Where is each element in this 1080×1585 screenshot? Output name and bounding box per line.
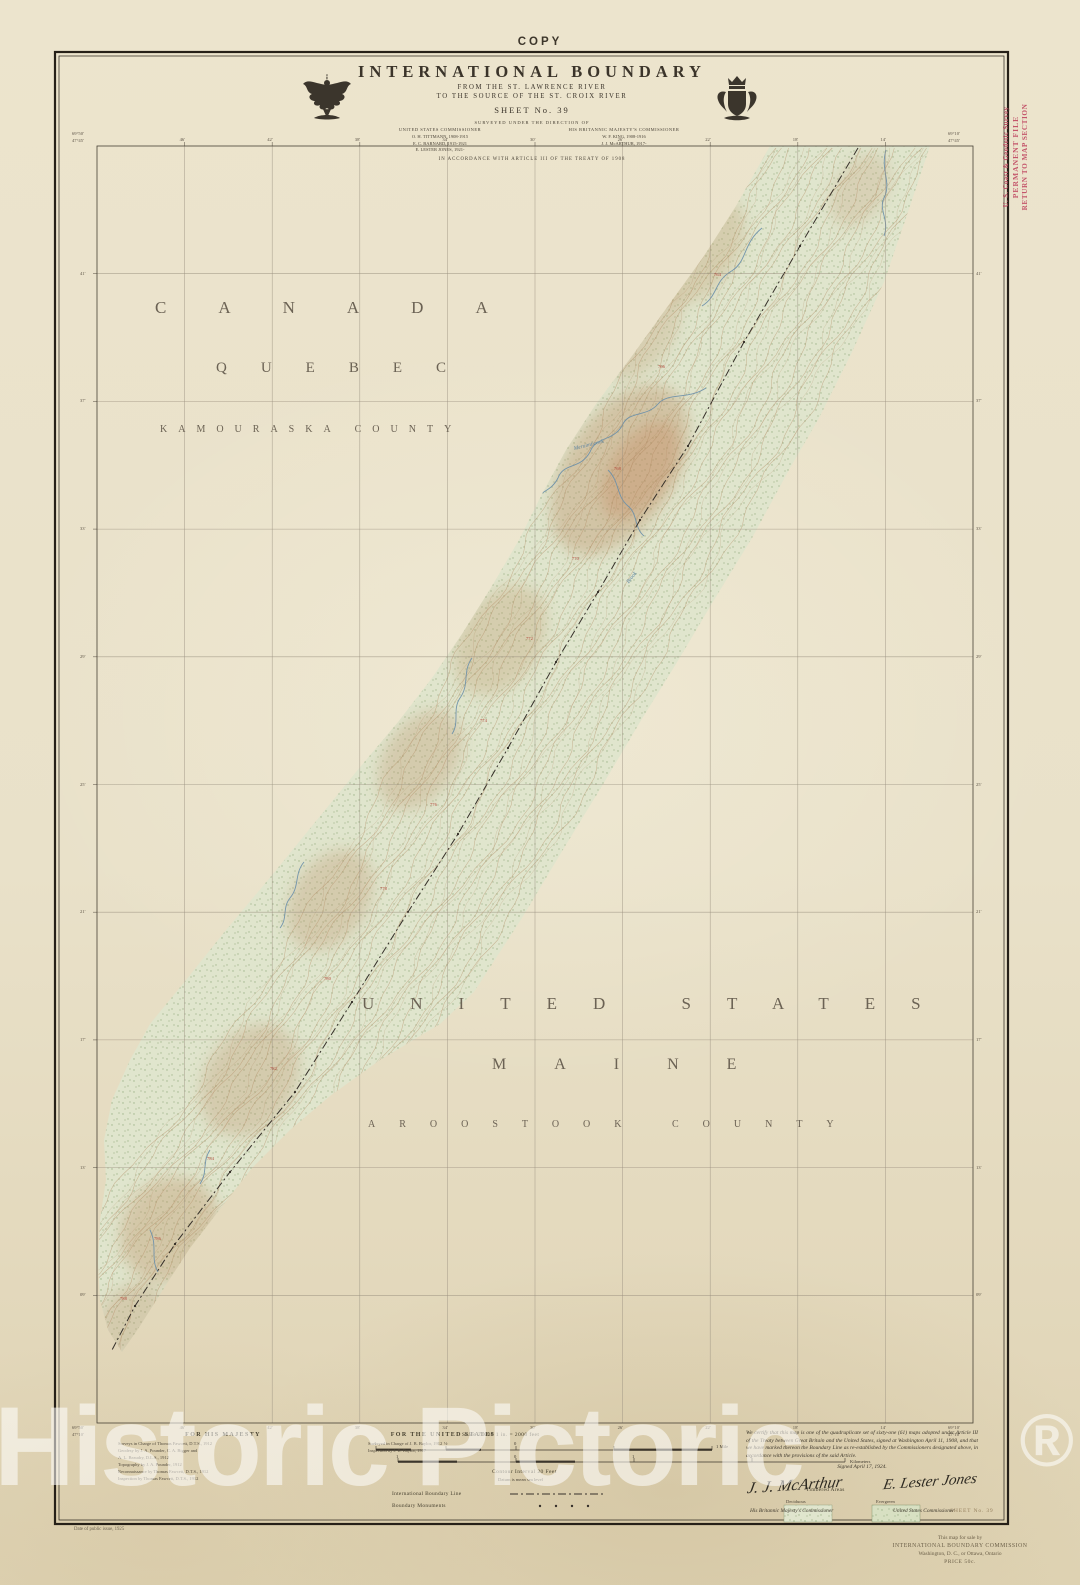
- map-label: 09': [80, 1292, 85, 1297]
- map-label: 17': [80, 1037, 85, 1042]
- map-label: 14': [880, 137, 885, 142]
- sale-line: INTERNATIONAL BOUNDARY COMMISSION: [860, 1543, 1060, 1549]
- monument-number: 786: [154, 1236, 161, 1241]
- map-label: 34': [442, 137, 447, 142]
- map-label: 13': [976, 1165, 981, 1170]
- map-label: 69°50': [72, 1425, 84, 1430]
- monument-number: 778: [380, 886, 387, 891]
- map-label: MAINE: [492, 1056, 784, 1074]
- map-label: 18': [793, 137, 798, 142]
- map-labels-layer: CANADAQUEBECKAMOURASKA COUNTYUNITED STAT…: [0, 0, 1080, 1585]
- map-label: 69°50': [72, 131, 84, 136]
- sale-info: This map for sale by INTERNATIONAL BOUND…: [860, 1535, 1060, 1565]
- certification-signed-date: Signed April 17, 1924.: [746, 1464, 978, 1470]
- credits-his-majesty: FOR HIS MAJESTY Surveys in Charge of Tho…: [118, 1432, 328, 1483]
- map-label: Deciduous: [786, 1499, 806, 1504]
- map-label: 47°45': [72, 138, 84, 143]
- map-label: 09': [976, 1292, 981, 1297]
- map-label: 37': [976, 398, 981, 403]
- map-label: 42': [267, 137, 272, 142]
- sale-line: This map for sale by: [860, 1535, 1060, 1541]
- map-label: 25': [80, 782, 85, 787]
- map-label: 46': [180, 1425, 185, 1430]
- map-label: Boundary Monuments: [392, 1503, 446, 1509]
- map-label: 1 Mile: [716, 1444, 728, 1449]
- monument-number: 768: [614, 466, 621, 471]
- credit-line: Surveys in Charge of Thomas Fawcett, D.T…: [118, 1441, 328, 1448]
- credit-line: Surveyed in Charge of J. B. Baylor, 1912: [368, 1441, 518, 1448]
- monument-number: 766: [658, 364, 665, 369]
- map-label: 47°45': [948, 138, 960, 143]
- map-label: Contour Interval 20 Feet: [492, 1469, 557, 1475]
- map-label: 26': [618, 1425, 623, 1430]
- map-label: 38': [355, 1425, 360, 1430]
- credit-line: Inspection by Thomas Fawcett, D.T.S., 19…: [118, 1476, 328, 1483]
- credits-us-title: FOR THE UNITED STATES: [368, 1432, 518, 1438]
- certification-block: We certify that this map is one of the q…: [746, 1430, 978, 1470]
- map-label: 21': [976, 909, 981, 914]
- map-label: UNITED STATES: [362, 994, 957, 1014]
- map-label: CANADA: [155, 298, 540, 318]
- map-label: 13': [80, 1165, 85, 1170]
- map-label: 17': [976, 1037, 981, 1042]
- monument-number: 774: [480, 718, 487, 723]
- map-label: 33': [80, 526, 85, 531]
- monument-number: 770: [572, 556, 579, 561]
- map-label: 33': [976, 526, 981, 531]
- map-label: 42': [267, 1425, 272, 1430]
- map-label: 22': [705, 137, 710, 142]
- map-label: 38': [355, 137, 360, 142]
- monument-number: 764: [714, 272, 721, 277]
- credits-united-states: FOR THE UNITED STATES Surveyed in Charge…: [368, 1432, 518, 1455]
- river-name: Meruimticook: [573, 439, 604, 452]
- map-label: 22': [705, 1425, 710, 1430]
- scanned-boundary-map-page: { "header": { "copy": "COPY", "title": "…: [0, 0, 1080, 1585]
- monument-number: 782: [270, 1066, 277, 1071]
- map-label: 1: [632, 1454, 634, 1459]
- map-label: 29': [80, 654, 85, 659]
- map-label: 34': [442, 1425, 447, 1430]
- map-label: QUEBEC: [216, 360, 480, 377]
- map-label: 47°10': [72, 1432, 84, 1437]
- caption-us-commissioner: United States Commissioner: [893, 1508, 954, 1514]
- credits-hm-title: FOR HIS MAJESTY: [118, 1432, 328, 1438]
- map-label: 37': [80, 398, 85, 403]
- certification-text: We certify that this map is one of the q…: [746, 1430, 978, 1461]
- river-name: Brook: [626, 571, 639, 585]
- map-label: 30': [530, 1425, 535, 1430]
- monument-number: 776: [430, 802, 437, 807]
- credit-line: Inspection by J. B. Baylor, 1917: [368, 1448, 518, 1455]
- map-label: KAMOURASKA COUNTY: [160, 424, 462, 435]
- map-label: AROOSTOOK COUNTY: [368, 1119, 858, 1130]
- credit-line: Reconnaissance by Thomas Fawcett, D.T.S.…: [118, 1469, 328, 1476]
- map-label: 41': [976, 271, 981, 276]
- map-label: SHEET No. 39: [950, 1508, 994, 1514]
- map-label: 29': [976, 654, 981, 659]
- monument-number: 780: [324, 976, 331, 981]
- issue-note: Date of public issue, 1925: [74, 1527, 124, 1532]
- map-label: 46': [180, 137, 185, 142]
- monument-number: 772: [526, 636, 533, 641]
- monument-number: 784: [207, 1156, 214, 1161]
- credit-line: A. L. Beaudry, D.L.S., 1912: [118, 1455, 328, 1462]
- map-label: 26': [618, 137, 623, 142]
- sale-line: PRICE 50c.: [860, 1559, 1060, 1565]
- map-label: 30': [530, 137, 535, 142]
- sale-line: Washington, D. C., or Ottawa, Ontario: [860, 1551, 1060, 1557]
- caption-british-commissioner: His Britannic Majesty's Commissioner: [750, 1508, 833, 1514]
- map-label: International Boundary Line: [392, 1491, 461, 1497]
- map-label: 25': [976, 782, 981, 787]
- map-label: 21': [80, 909, 85, 914]
- map-label: 41': [80, 271, 85, 276]
- map-label: 69°10': [948, 131, 960, 136]
- monument-number: 788: [120, 1296, 127, 1301]
- credit-line: Geodesy by J. A. Pounder, C. A. Bigger a…: [118, 1448, 328, 1455]
- map-label: Evergreen: [876, 1499, 895, 1504]
- map-label: Datum is mean sea level: [498, 1477, 543, 1482]
- credit-line: Topography by J. A. Pounder, 1912: [118, 1462, 328, 1469]
